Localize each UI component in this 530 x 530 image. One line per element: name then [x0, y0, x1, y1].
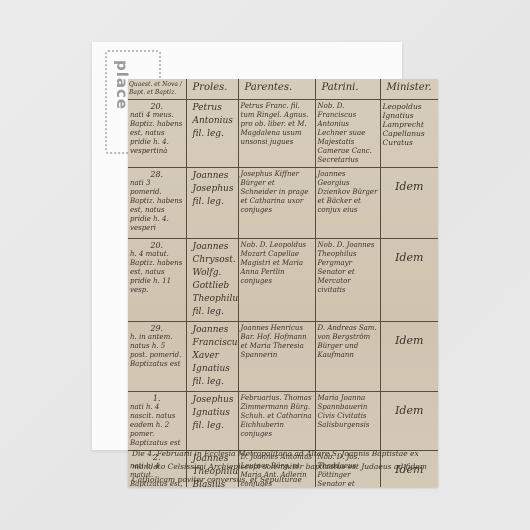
entry-minister: Leopoldus Ignatius Lamprecht Capellanus … — [380, 100, 438, 168]
baptism-register-page: Quaest. et Nova / Bapt. et Baptiz. Prole… — [128, 79, 438, 487]
entry-date: 20.nati 4 meus. Baptiz. habens est, natu… — [128, 100, 186, 168]
entry-date: 29.h. in antem. natus h. 5 post. pomerid… — [128, 322, 186, 392]
entry-patrini: Nob. D. Franciscus Antonius Lechner suae… — [315, 100, 380, 168]
register-row: 1.nati h. 4 nascit. natus eadem h. 2 pom… — [128, 392, 438, 451]
register-footer-note: Die 4. Februarii in Ecclesia Metropolita… — [132, 447, 432, 486]
register-row: 20.nati 4 meus. Baptiz. habens est, natu… — [128, 100, 438, 168]
entry-proles: Joannes Chrysost. Wolfg. Gottlieb Theoph… — [186, 239, 238, 322]
entry-proles: Joannes Franciscus Xaver Ignatius fil. l… — [186, 322, 238, 392]
header-proles: Proles. — [186, 79, 238, 100]
entry-minister: Idem — [380, 322, 438, 392]
entry-parentes: Joannes Henricus Bar. Hof. Hofmann et Ma… — [238, 322, 315, 392]
header-parentes: Parentes. — [238, 79, 315, 100]
header-minister: Minister. — [380, 79, 438, 100]
entry-date: 1.nati h. 4 nascit. natus eadem h. 2 pom… — [128, 392, 186, 451]
entry-patrini: Maria Joanna Spannbauerin Civis Civitati… — [315, 392, 380, 451]
register-row: 20.h. 4 matut. Baptiz. habens est, natus… — [128, 239, 438, 322]
entry-parentes: Petrus Franc. fil. tum Ringel. Agnus. pr… — [238, 100, 315, 168]
entry-parentes: Februarius. Thomas Zimmermann Bürg. Schu… — [238, 392, 315, 451]
entry-proles: Josephus Ignatius fil. leg. — [186, 392, 238, 451]
entry-patrini: Nob. D. Joannes Theophilus Pergmayr Sena… — [315, 239, 380, 322]
entry-date: 28.nati 3 pomerid. Baptiz. habens est, n… — [128, 168, 186, 239]
register-table: Quaest. et Nova / Bapt. et Baptiz. Prole… — [128, 79, 438, 487]
entry-parentes: Nob. D. Leopoldus Mozart Capellae Magist… — [238, 239, 315, 322]
entry-minister: Idem — [380, 392, 438, 451]
entry-proles: Petrus Antonius fil. leg. — [186, 100, 238, 168]
header-patrini: Patrini. — [315, 79, 380, 100]
header-date: Quaest. et Nova / Bapt. et Baptiz. — [128, 79, 186, 100]
entry-proles: Joannes Josephus fil. leg. — [186, 168, 238, 239]
entry-date: 20.h. 4 matut. Baptiz. habens est, natus… — [128, 239, 186, 322]
entry-patrini: D. Andreas Sam. von Bergström Bürger und… — [315, 322, 380, 392]
entry-patrini: Joannes Georgius Dzienkov Bürger et Bäck… — [315, 168, 380, 239]
register-header-row: Quaest. et Nova / Bapt. et Baptiz. Prole… — [128, 79, 438, 100]
entry-parentes: Josephus Kiffner Bürger et Schneider in … — [238, 168, 315, 239]
register-row: 28.nati 3 pomerid. Baptiz. habens est, n… — [128, 168, 438, 239]
entry-minister: Idem — [380, 239, 438, 322]
register-row: 29.h. in antem. natus h. 5 post. pomerid… — [128, 322, 438, 392]
entry-minister: Idem — [380, 168, 438, 239]
